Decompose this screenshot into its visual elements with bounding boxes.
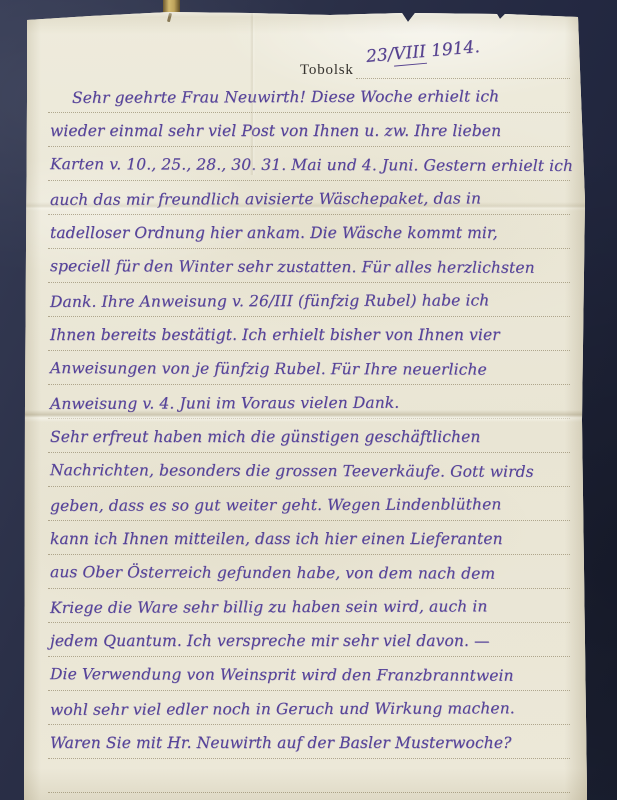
letter-line: Kriege die Ware sehr billig zu haben sei… bbox=[50, 590, 570, 622]
ruled-line bbox=[48, 452, 570, 453]
letter-line: tadelloser Ordnung hier ankam. Die Wäsch… bbox=[50, 217, 570, 247]
letter-line: Anweisungen von je fünfzig Rubel. Für Ih… bbox=[50, 352, 570, 384]
ruled-line bbox=[48, 554, 570, 555]
letter-line: Die Verwendung von Weinsprit wird den Fr… bbox=[50, 658, 570, 690]
letter-line: wohl sehr viel edler noch in Geruch und … bbox=[50, 692, 570, 724]
ruled-line bbox=[48, 418, 570, 419]
letter-line: auch das mir freundlich avisierte Wäsche… bbox=[50, 182, 570, 214]
letter-line: wieder einmal sehr viel Post von Ihnen u… bbox=[50, 115, 570, 145]
ruled-line bbox=[48, 282, 570, 283]
paper-edge-nick bbox=[167, 13, 172, 22]
ruled-line bbox=[48, 316, 570, 317]
letter-line: kann ich Ihnen mitteilen, dass ich hier … bbox=[50, 523, 570, 553]
ruled-line bbox=[48, 758, 570, 759]
ruled-line bbox=[48, 112, 570, 113]
letter-page: Tobolsk 23/VIII 1914. Sehr geehrte Frau … bbox=[24, 10, 587, 800]
ruled-line bbox=[48, 792, 570, 793]
photo-background: Tobolsk 23/VIII 1914. Sehr geehrte Frau … bbox=[0, 0, 617, 800]
letter-line: Nachrichten, besonders die grossen Teeve… bbox=[50, 454, 570, 486]
ruled-line bbox=[48, 588, 570, 589]
letterhead-place: Tobolsk bbox=[300, 62, 354, 78]
ruled-line bbox=[48, 656, 570, 657]
ruled-line bbox=[48, 384, 570, 385]
letter-line: Sehr erfreut haben mich die günstigen ge… bbox=[50, 421, 570, 451]
ruled-line bbox=[48, 214, 570, 215]
letter-line: aus Ober Österreich gefunden habe, von d… bbox=[50, 556, 570, 588]
letter-line: jedem Quantum. Ich verspreche mir sehr v… bbox=[50, 625, 570, 655]
letter-line: Ihnen bereits bestätigt. Ich erhielt bis… bbox=[50, 319, 570, 349]
letter-line: Waren Sie mit Hr. Neuwirth auf der Basle… bbox=[50, 727, 570, 757]
letter-line: Sehr geehrte Frau Neuwirth! Diese Woche … bbox=[50, 80, 592, 112]
letter-line: Dank. Ihre Anweisung v. 26/III (fünfzig … bbox=[50, 284, 570, 316]
ruled-line bbox=[48, 146, 570, 147]
ruled-line bbox=[48, 520, 570, 521]
ruled-line bbox=[48, 690, 570, 691]
ruled-line bbox=[48, 248, 570, 249]
ruled-line bbox=[48, 350, 570, 351]
ruled-line bbox=[48, 486, 570, 487]
letter-line: Karten v. 10., 25., 28., 30. 31. Mai und… bbox=[50, 148, 570, 180]
ruled-line bbox=[48, 622, 570, 623]
ruled-line bbox=[48, 724, 570, 725]
letter-line: Anweisung v. 4. Juni im Voraus vielen Da… bbox=[50, 386, 570, 418]
ruled-line bbox=[48, 180, 570, 181]
date-month-roman: VIII bbox=[393, 42, 427, 67]
ruled-line bbox=[356, 78, 570, 79]
letter-line: speciell für den Winter sehr zustatten. … bbox=[50, 250, 570, 282]
date-year: 1914. bbox=[425, 37, 481, 62]
letter-line: geben, dass es so gut weiter geht. Wegen… bbox=[50, 488, 570, 520]
date-day-month-prefix: 23/ bbox=[365, 45, 394, 67]
letterhead-date: 23/VIII 1914. bbox=[365, 37, 480, 67]
